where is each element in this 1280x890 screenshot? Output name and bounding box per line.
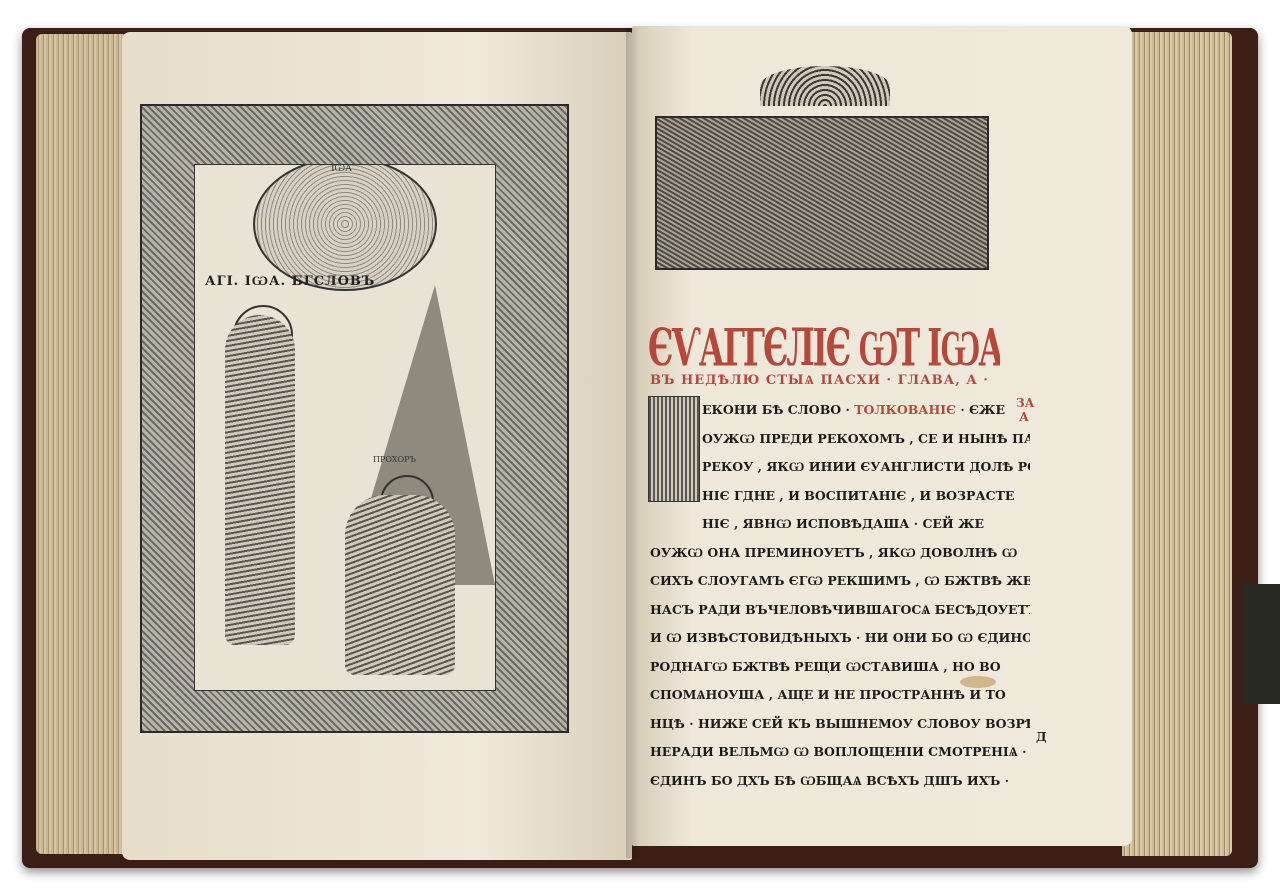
medallion-label: ІѠА xyxy=(331,164,352,174)
ornamental-headpiece xyxy=(655,116,989,270)
text-line: НІЄ ГДНЕ , И ВОСПИТАНІЄ , И ВОЗРАСТЕ xyxy=(650,482,1030,511)
figure-prochorus xyxy=(345,495,455,675)
figure-john xyxy=(225,315,295,645)
text-line: РЕКОУ , ЯКѠ ИНИИ ЄУАНГЛИСТИ ДОЛѢ РОЖДЕ xyxy=(650,453,1030,482)
title-rubric: ЄѴАГГЄЛІЄ ѠТ ІѠАННА СТАГѠ xyxy=(648,276,1000,366)
subtitle-rubric: ВЪ НЕДѢЛЮ СТЫѦ ПАСХИ · ГЛАВА, А · xyxy=(650,372,989,388)
signature-mark: Д xyxy=(1036,730,1047,744)
page-edges-right xyxy=(1122,32,1232,856)
headpiece-crest xyxy=(760,66,890,106)
woodcut-illustration: ІѠА ПРОХОРЪ АГІ. ІѠА. БГСЛОВЪ xyxy=(140,104,569,733)
text-line: ЄДИНЪ БО ДХЪ БѢ ѠБЩАѦ ВСѢХЪ ДШЪ ИХЪ · xyxy=(650,767,1030,796)
woodcut-scene: ІѠА ПРОХОРЪ АГІ. ІѠА. БГСЛОВЪ xyxy=(194,164,496,691)
clasp-strap xyxy=(1242,584,1280,704)
text-line: СИХЪ СЛОУГАМЪ ЄГѠ РЕКШИМЪ , Ѡ БЖТВѢ ЖЕ xyxy=(650,567,1030,596)
book-gutter xyxy=(626,28,640,858)
text-line: ОУЖѠ ОНА ПРЕМИНОУЕТЪ , ЯКѠ ДОВОЛНѢ Ѡ xyxy=(650,539,1030,568)
text-line: И Ѡ ИЗВѢСТОВИДѢНЫХЪ · НИ ОНИ БО Ѡ ЄДИНО xyxy=(650,624,1030,653)
body-text: ЕКОНИ БѢ СЛОВО · ТОЛКОВАНІЄ · ЄЖЕ ОУЖѠ П… xyxy=(650,396,1030,795)
text-line: НІЄ , ЯВНѠ ИСПОВѢДАША · СЕЙ ЖЕ xyxy=(650,510,1030,539)
text-line: ОУЖѠ ПРЕДИ РЕКОХОМЪ , СЕ И НЫНѢ ПАКИ xyxy=(650,425,1030,454)
eagle-medallion xyxy=(253,164,437,291)
prochorus-label: ПРОХОРЪ xyxy=(373,455,416,464)
paper-stain xyxy=(960,676,996,688)
woodcut-caption: АГІ. ІѠА. БГСЛОВЪ xyxy=(205,273,375,289)
text-line: НЦѢ · НИЖЕ СЕЙ КЪ ВЫШНЕМОУ СЛОВОУ ВОЗРѢВ… xyxy=(650,710,1030,739)
text-line: НЕРАДИ ВЕЛЬМѠ Ѡ ВОПЛОЩЕНІИ СМОТРЕНІѦ · xyxy=(650,738,1030,767)
text-line: НАСЪ РАДИ ВЪЧЕЛОВѢЧИВШАГОСѦ БЕСѢДОУЕТЪ , xyxy=(650,596,1030,625)
text-line: ЕКОНИ БѢ СЛОВО · ТОЛКОВАНІЄ · ЄЖЕ xyxy=(650,396,1030,425)
